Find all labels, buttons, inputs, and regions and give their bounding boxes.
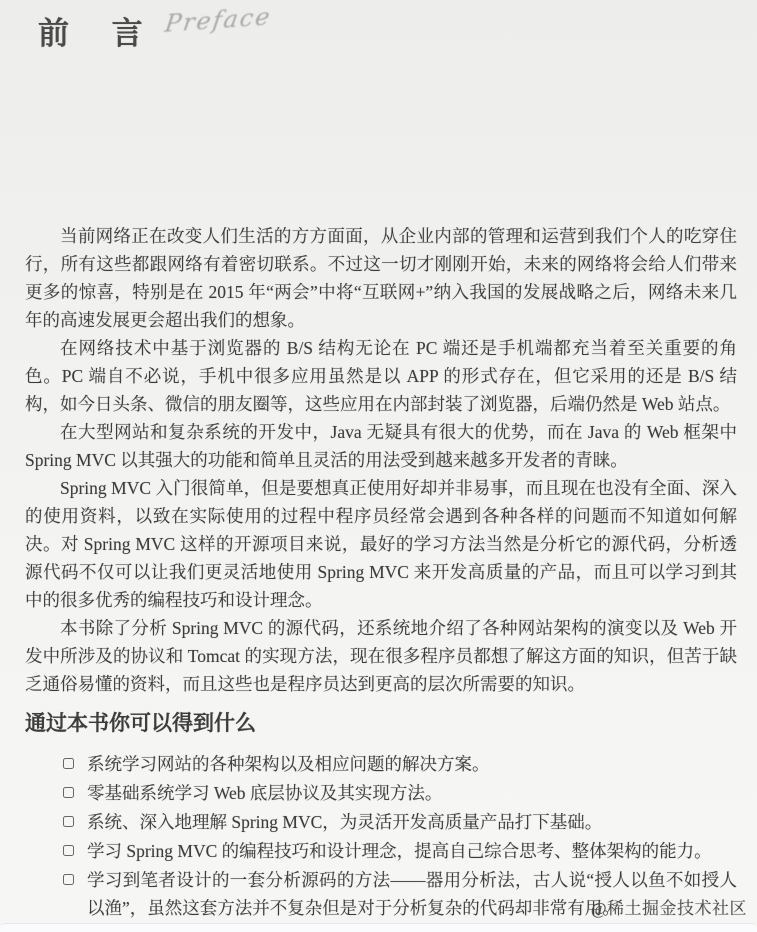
bullet-text: 零基础系统学习 Web 底层协议及其实现方法。 [87, 779, 737, 807]
handwritten-preface-annotation: Preface [163, 2, 273, 38]
paragraph: 当前网络正在改变人们生活的方方面面，从企业内部的管理和运营到我们个人的吃穿住行，… [25, 222, 737, 334]
page-title-row: 前 言 Preface [38, 8, 271, 53]
checkbox-bullet-icon [63, 874, 74, 885]
preface-page: 前 言 Preface 当前网络正在改变人们生活的方方面面，从企业内部的管理和运… [0, 0, 757, 932]
page-title: 前 言 [38, 8, 143, 53]
checkbox-bullet-icon [63, 758, 74, 769]
list-item: 系统、深入地理解 Spring MVC，为灵活开发高质量产品打下基础。 [25, 808, 737, 836]
bottom-strip [0, 923, 757, 932]
bullet-text: 系统、深入地理解 Spring MVC，为灵活开发高质量产品打下基础。 [87, 808, 737, 836]
checkbox-bullet-icon [63, 787, 74, 798]
bullet-text: 学习 Spring MVC 的编程技巧和设计理念，提高自己综合思考、整体架构的能… [87, 837, 737, 865]
list-item: 系统学习网站的各种架构以及相应问题的解决方案。 [25, 750, 737, 778]
bullet-text: 系统学习网站的各种架构以及相应问题的解决方案。 [87, 750, 737, 778]
paragraph: 在大型网站和复杂系统的开发中，Java 无疑具有很大的优势，而在 Java 的 … [25, 418, 737, 474]
paragraph: 本书除了分析 Spring MVC 的源代码，还系统地介绍了各种网站架构的演变以… [25, 614, 737, 698]
list-item: 零基础系统学习 Web 底层协议及其实现方法。 [25, 779, 737, 807]
list-item: 学习 Spring MVC 的编程技巧和设计理念，提高自己综合思考、整体架构的能… [25, 837, 737, 865]
paragraph: 在网络技术中基于浏览器的 B/S 结构无论在 PC 端还是手机端都充当着至关重要… [25, 334, 737, 418]
body-text: 当前网络正在改变人们生活的方方面面，从企业内部的管理和运营到我们个人的吃穿住行，… [25, 222, 737, 923]
section-heading: 通过本书你可以得到什么 [25, 707, 737, 737]
watermark: @稀土掘金技术社区 [591, 894, 747, 919]
checkbox-bullet-icon [63, 845, 74, 856]
checkbox-bullet-icon [63, 816, 74, 827]
paragraph: Spring MVC 入门很简单，但是要想真正使用好却并非易事，而且现在也没有全… [25, 474, 737, 614]
